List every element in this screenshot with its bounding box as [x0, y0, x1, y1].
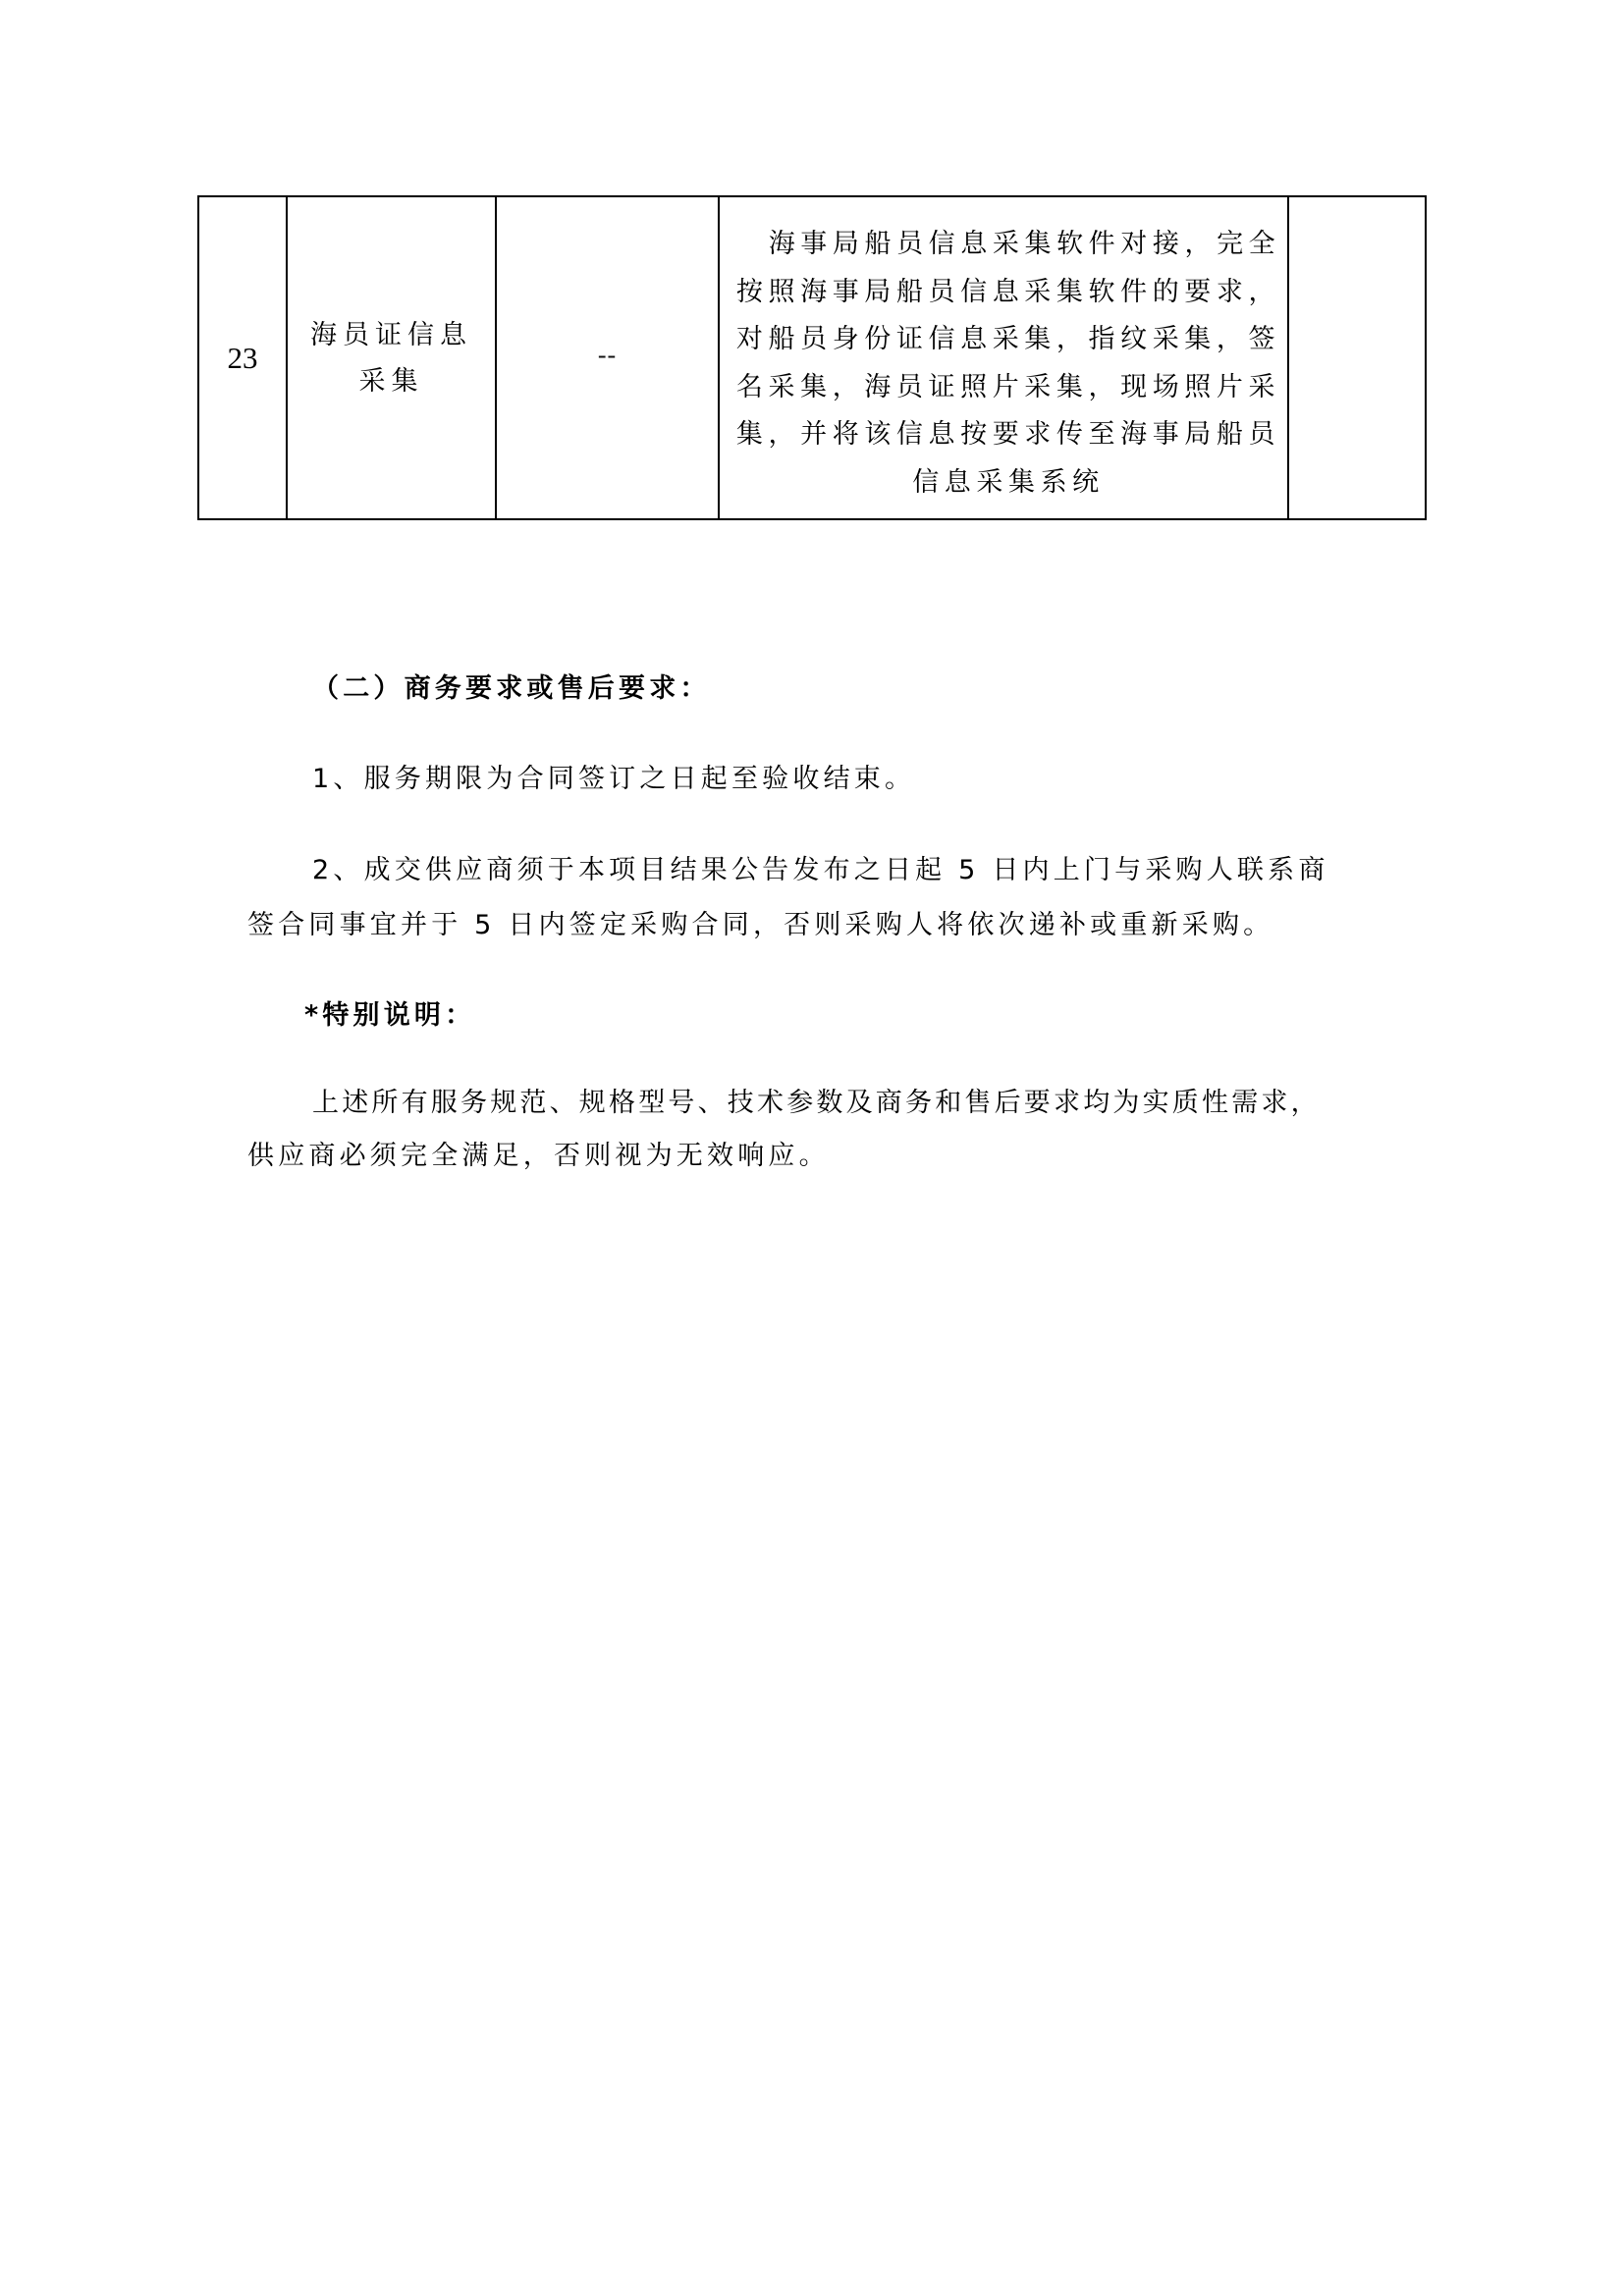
item-name-cell: 海员证信息 采集 — [288, 197, 495, 518]
description-line-4: 名采集，海员证照片采集，现场照片采 — [729, 364, 1288, 412]
description-line-3: 对船员身份证信息采集，指纹采集，签 — [729, 316, 1288, 364]
item-name-line-2: 采集 — [294, 358, 490, 404]
description-line-1: 海事局船员信息采集软件对接，完全 — [729, 221, 1288, 269]
row-index-cell: 23 — [199, 197, 286, 518]
table-border-right — [1425, 195, 1427, 520]
spec-value: -- — [598, 341, 617, 370]
special-note-heading: *特别说明： — [304, 996, 475, 1036]
special-note-line-1: 上述所有服务规范、规格型号、技术参数及商务和售后要求均为实质性需求， — [312, 1084, 1321, 1123]
spec-cell: -- — [497, 197, 718, 518]
description-cell: 海事局船员信息采集软件对接，完全 按照海事局船员信息采集软件的要求， 对船员身份… — [729, 221, 1288, 507]
document-page: 23 海员证信息 采集 -- 海事局船员信息采集软件对接，完全 按照海事局船员信… — [0, 0, 1624, 2296]
table-divider-3 — [718, 195, 720, 520]
item-name-line-1: 海员证信息 — [294, 312, 490, 358]
remarks-cell — [1289, 197, 1425, 518]
section-heading: （二）商务要求或售后要求： — [312, 669, 711, 709]
description-line-6: 信息采集系统 — [729, 459, 1288, 507]
section-item-2-line-2: 签合同事宜并于 5 日内签定采购合同，否则采购人将依次递补或重新采购。 — [247, 906, 1273, 945]
row-index: 23 — [228, 341, 258, 376]
section-item-2-line-1: 2、成交供应商须于本项目结果公告发布之日起 5 日内上门与采购人联系商 — [312, 851, 1329, 890]
description-line-2: 按照海事局船员信息采集软件的要求， — [729, 269, 1288, 317]
description-line-5: 集，并将该信息按要求传至海事局船员 — [729, 411, 1288, 459]
special-note-line-2: 供应商必须完全满足，否则视为无效响应。 — [247, 1137, 830, 1176]
section-item-1: 1、服务期限为合同签订之日起至验收结束。 — [312, 760, 915, 799]
item-name: 海员证信息 采集 — [294, 312, 490, 404]
